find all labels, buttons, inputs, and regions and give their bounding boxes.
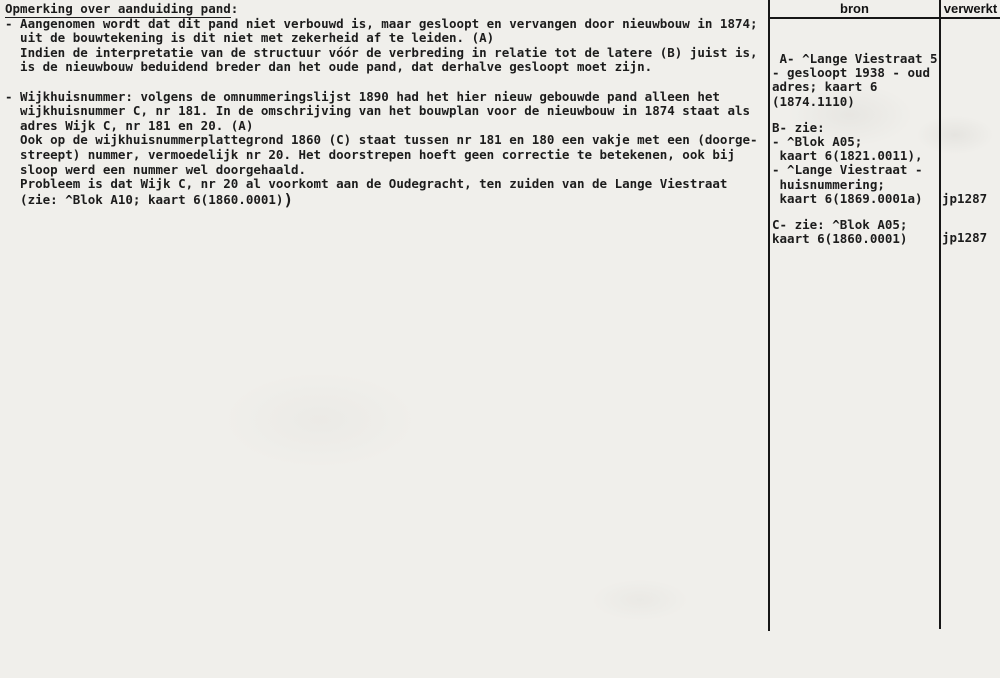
text-line: (1874.1110)	[772, 95, 938, 109]
table-header-rule-horizontal	[768, 17, 1000, 19]
text-line: (zie: ^Blok A10; kaart 6(1860.0001))	[5, 192, 773, 208]
text-line: Indien de interpretatie van de structuur…	[5, 46, 773, 61]
text-line: streept) nummer, vermoedelijk nr 20. Het…	[5, 148, 773, 163]
text-line: huisnummering;	[772, 178, 938, 192]
bron-column: A- ^Lange Viestraat 5- gesloopt 1938 - o…	[772, 52, 938, 246]
text-line: A- ^Lange Viestraat 5	[772, 52, 938, 66]
bron-source-block: A- ^Lange Viestraat 5- gesloopt 1938 - o…	[772, 52, 938, 109]
text-line: kaart 6(1869.0001a)	[772, 192, 938, 206]
verwerkt-entry: jp1287	[942, 191, 987, 206]
text-line: - Aangenomen wordt dat dit pand niet ver…	[5, 17, 773, 32]
scanned-document-page: Opmerking over aanduiding pand: - Aangen…	[0, 0, 1000, 678]
verwerkt-entry: jp1287	[942, 230, 987, 245]
text-line: wijkhuisnummer C, nr 181. In de omschrij…	[5, 104, 773, 119]
text-line: kaart 6(1860.0001)	[772, 232, 938, 246]
column-header-bron: bron	[770, 1, 939, 16]
text-line: sloop werd een nummer wel doorgehaald.	[5, 163, 773, 178]
table-rule-left-vertical	[768, 0, 770, 631]
document-title-colon: :	[231, 1, 239, 16]
text-line: adres; kaart 6	[772, 80, 938, 94]
text-line: Ook op de wijkhuisnummerplattegrond 1860…	[5, 133, 773, 148]
text-line: Probleem is dat Wijk C, nr 20 al voorkom…	[5, 177, 773, 192]
paragraph: - Aangenomen wordt dat dit pand niet ver…	[5, 17, 773, 75]
bron-source-block: B- zie:- ^Blok A05; kaart 6(1821.0011),-…	[772, 121, 938, 206]
text-line: C- zie: ^Blok A05;	[772, 218, 938, 232]
text-line: kaart 6(1821.0011),	[772, 149, 938, 163]
text-line: - ^Lange Viestraat -	[772, 163, 938, 177]
column-header-verwerkt: verwerkt	[941, 1, 1000, 16]
text-line: - ^Blok A05;	[772, 135, 938, 149]
document-title: Opmerking over aanduiding pand:	[5, 2, 773, 17]
text-line: B- zie:	[772, 121, 938, 135]
text-line: uit de bouwtekening is dit niet met zeke…	[5, 31, 773, 46]
text-line: - gesloopt 1938 - oud	[772, 66, 938, 80]
table-rule-right-vertical	[939, 0, 941, 629]
remarks-section: Opmerking over aanduiding pand: - Aangen…	[5, 2, 773, 207]
handwritten-closing-mark: )	[283, 190, 293, 209]
text-line: is de nieuwbouw beduidend breder dan het…	[5, 60, 773, 75]
remarks-paragraphs: - Aangenomen wordt dat dit pand niet ver…	[5, 17, 773, 208]
bron-source-block: C- zie: ^Blok A05;kaart 6(1860.0001)	[772, 218, 938, 246]
text-line: - Wijkhuisnummer: volgens de omnummering…	[5, 90, 773, 105]
paragraph: - Wijkhuisnummer: volgens de omnummering…	[5, 90, 773, 208]
text-line: adres Wijk C, nr 181 en 20. (A)	[5, 119, 773, 134]
